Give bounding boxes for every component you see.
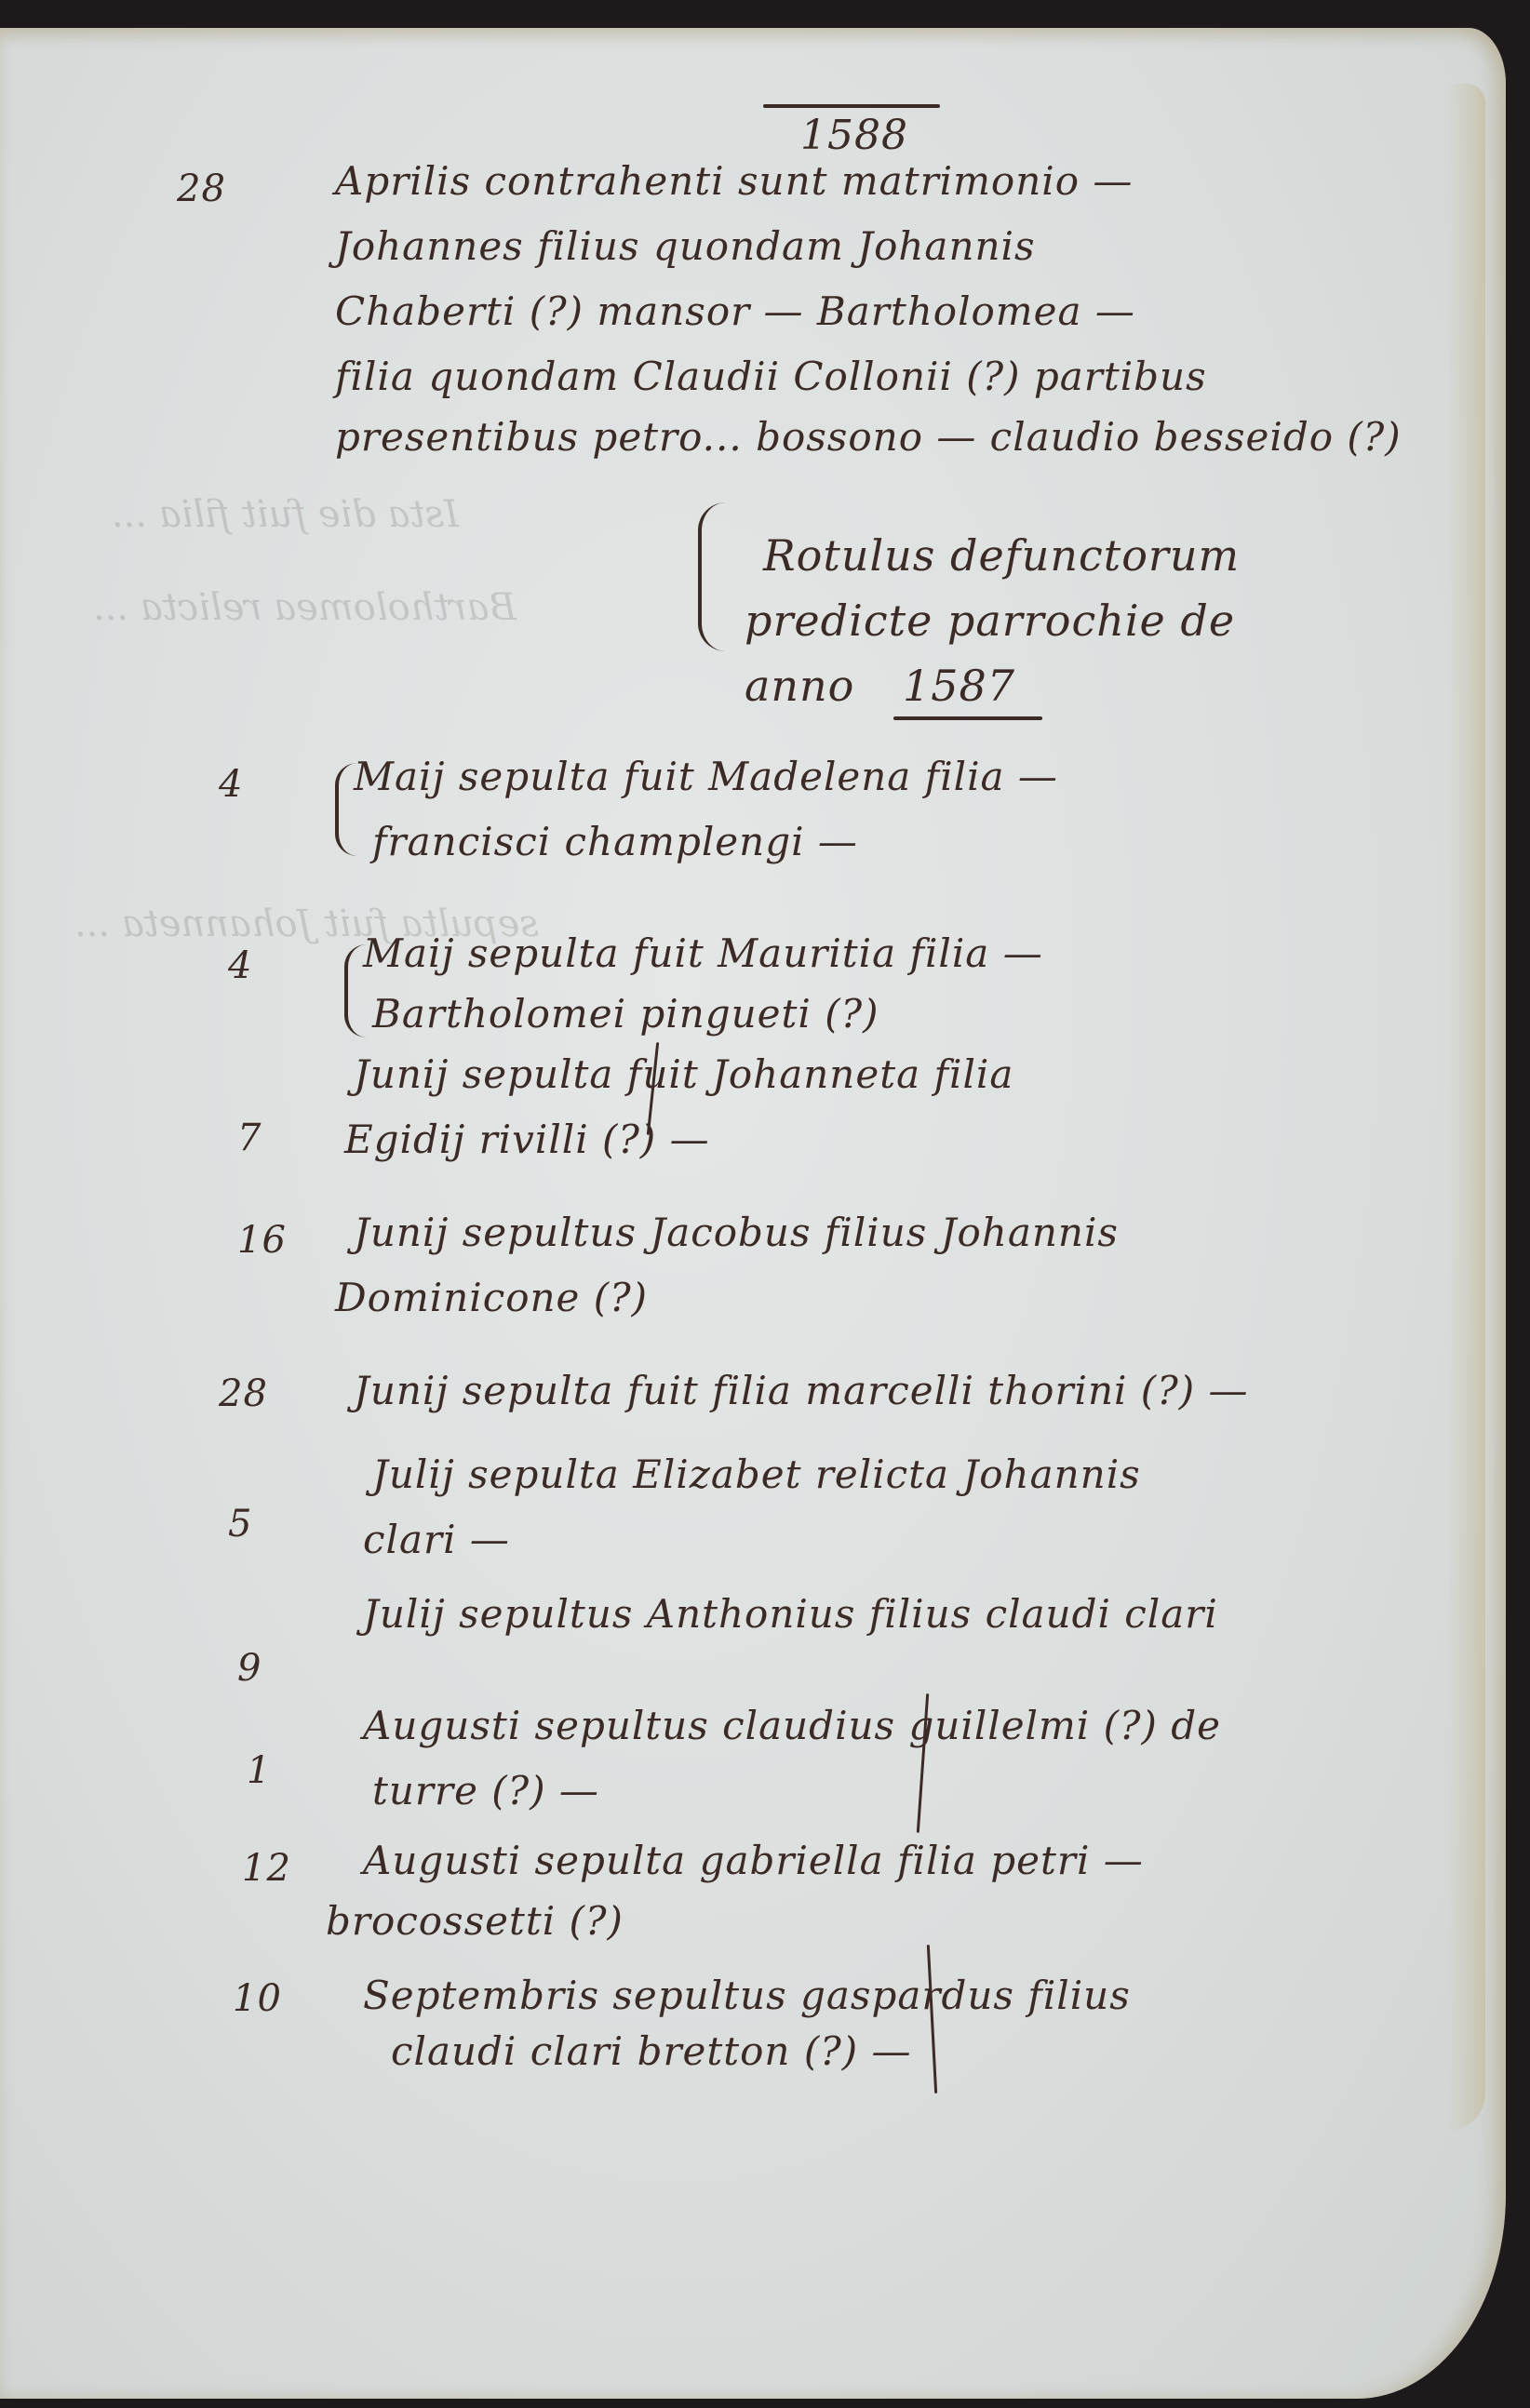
entry-line: filia quondam Claudii Collonii (?) parti… <box>335 354 1207 399</box>
entry-day: 12 <box>242 1847 291 1890</box>
section-heading: Rotulus defunctorum <box>763 530 1240 581</box>
entry-line: presentibus petro... bossono — claudio b… <box>335 414 1402 460</box>
entry-line: Septembris sepultus gaspardus filius <box>363 1973 1131 2018</box>
entry-line: Bartholomei pingueti (?) <box>372 991 879 1037</box>
bleed-through-text: Bartholomea relicta ... <box>93 586 517 629</box>
heading-brace <box>698 502 730 651</box>
entry-day: 28 <box>219 1372 268 1415</box>
entry-line: Johannes filius quondam Johannis <box>335 223 1036 269</box>
entry-line: Julij sepulta Elizabet relicta Johannis <box>372 1451 1141 1497</box>
entry-line: francisci champlengi — <box>372 819 858 864</box>
entry-line: Chaberti (?) mansor — Bartholomea — <box>335 288 1135 334</box>
entry-line: Junij sepulta fuit Johanneta filia <box>354 1051 1013 1097</box>
bleed-through-text: Ista die fuit filia ... <box>112 493 459 536</box>
section-heading: anno <box>745 661 854 711</box>
entry-line: Egidij rivilli (?) — <box>344 1117 710 1162</box>
entry-line: clari — <box>363 1517 510 1562</box>
year-overline <box>763 104 940 108</box>
entry-day: 28 <box>177 167 226 210</box>
entry-line: Junij sepulta fuit filia marcelli thorin… <box>354 1368 1248 1413</box>
entry-line: turre (?) — <box>372 1768 599 1813</box>
entry-line: claudi clari bretton (?) — <box>391 2028 911 2074</box>
entry-line: Aprilis contrahenti sunt matrimonio — <box>335 158 1133 204</box>
entry-line: Augusti sepultus claudius guillelmi (?) … <box>363 1703 1221 1748</box>
section-heading: predicte parrochie de <box>745 595 1235 646</box>
descender-stroke <box>927 1945 937 2094</box>
entry-line: Dominicone (?) <box>335 1275 648 1320</box>
entry-day: 4 <box>219 763 243 806</box>
entry-day: 9 <box>237 1647 262 1690</box>
entry-line: Augusti sepulta gabriella filia petri — <box>363 1838 1144 1883</box>
entry-day: 1 <box>247 1749 271 1792</box>
section-heading-year: 1587 <box>903 661 1015 711</box>
entry-day: 10 <box>233 1977 282 2020</box>
entry-day: 5 <box>228 1503 252 1545</box>
entry-line: Junij sepultus Jacobus filius Johannis <box>354 1210 1119 1255</box>
entry-line: Maij sepulta fuit Mauritia filia — <box>363 930 1043 976</box>
worn-page-edge <box>1448 84 1485 2131</box>
year-underline <box>893 716 1042 720</box>
year-header: 1588 <box>800 112 908 159</box>
entry-line: Maij sepulta fuit Madelena filia — <box>354 754 1058 799</box>
entry-line: Julij sepultus Anthonius filius claudi c… <box>363 1591 1218 1637</box>
manuscript-page: Ista die fuit filia ... Bartholomea reli… <box>0 28 1506 2399</box>
entry-day: 4 <box>228 944 252 987</box>
entry-day: 16 <box>237 1219 287 1262</box>
entry-line: brocossetti (?) <box>326 1898 624 1944</box>
entry-day: 7 <box>237 1117 262 1159</box>
